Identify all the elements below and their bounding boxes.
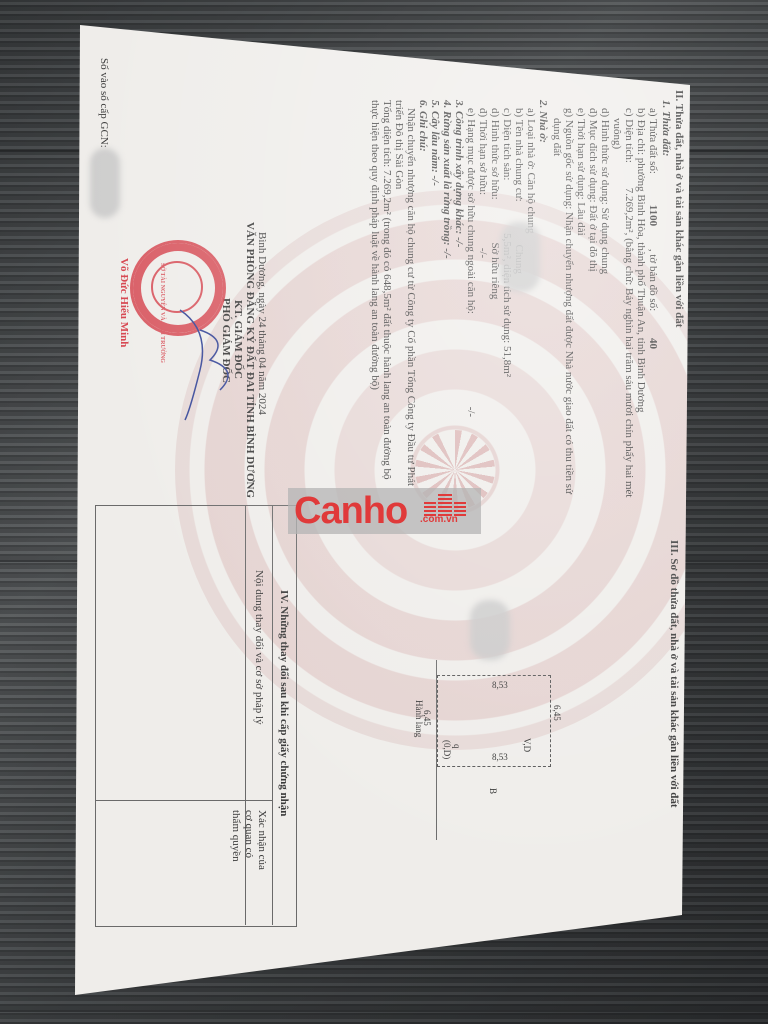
- land-d: d) Hình thức sử dụng: Sử dụng chung: [598, 108, 611, 274]
- item-3: 3. Công trình xây dựng khác: -/-: [452, 100, 465, 247]
- land-e: e) Thời hạn sử dụng: Lâu dài: [574, 108, 587, 236]
- register-label: Số vào sổ cấp GCN:: [97, 58, 110, 148]
- item-5: 5. Cây lâu năm: -/-: [428, 100, 441, 186]
- plan-right: 6,45: [552, 705, 562, 721]
- note-3: Tổng diện tích: 7.269,2m² (trong đó có 6…: [380, 100, 393, 479]
- note-2: triển Đô thị Sài Gòn: [392, 100, 405, 189]
- signer-name: Võ Đức Hiếu Minh: [117, 258, 130, 347]
- plan-bottom: 8,53: [492, 752, 508, 762]
- house-d-label: d) Hình thức sở hữu:: [489, 108, 501, 200]
- land-a: a) Thửa đất số: 1100 , tờ bản đồ số: 40: [646, 108, 659, 349]
- house-heading: 2. Nhà ở:: [536, 100, 549, 143]
- house-dd-label: đ) Thời hạn sở hữu:: [477, 108, 489, 195]
- stamp-inner-ring: [151, 261, 203, 313]
- land-g: g) Nguồn gốc sử dụng: Nhận chuyển nhượng…: [562, 108, 575, 494]
- land-c: c) Diện tích: 7.269,2m², (bằng chữ: Bảy …: [622, 108, 635, 497]
- section-3-title: III. Sơ đồ thửa đất, nhà ở và tài sản kh…: [667, 540, 680, 808]
- redacted-house-name: [500, 222, 540, 292]
- office-name: VĂN PHÒNG ĐĂNG KÝ ĐẤT ĐAI TỈNH BÌNH DƯƠN…: [243, 222, 256, 498]
- house-c-value: 5,5m², diện tích sử dụng: 51,8m²: [501, 233, 513, 377]
- land-a-value: 1100: [647, 205, 659, 226]
- house-dd-value: -/-: [477, 248, 489, 258]
- table-col-1: Nội dung thay đổi và cơ sở pháp lý: [252, 570, 265, 725]
- note-1: Nhận chuyển nhượng căn hộ chung cư từ Cô…: [404, 108, 417, 486]
- building-icon: [438, 492, 452, 516]
- section-4-title: IV. Những thay đổi sau khi cấp giấy chứn…: [277, 590, 290, 816]
- plan-od: (0,D): [442, 740, 452, 759]
- land-heading: 1. Thửa đất:: [659, 100, 672, 156]
- building-icon: [454, 500, 466, 516]
- land-map-value: 40: [647, 338, 659, 349]
- plan-vd: V,D: [522, 738, 532, 752]
- land-b: b) Địa chỉ: phường Bình Hòa, thành phố T…: [634, 108, 647, 412]
- corridor-line: [436, 660, 437, 840]
- signature-icon: [150, 230, 270, 430]
- item-6: 6. Ghi chú:: [416, 100, 429, 152]
- house-c: c) Diện tích sàn: 5,5m², diện tích sử dụ…: [500, 108, 513, 377]
- land-g-cont: dụng đất: [550, 118, 563, 156]
- official-stamp: SỞ TÀI NGUYÊN VÀ MÔI TRƯỜNG: [130, 240, 226, 336]
- watermark-brand: Canho: [294, 490, 407, 533]
- land-c-value: 7.269,2m², (bằng chữ: Bảy nghìn hai trăm…: [623, 188, 635, 498]
- plan-left: 6,45: [422, 710, 432, 726]
- land-a-label: a) Thửa đất số:: [647, 108, 659, 174]
- house-d: d) Hình thức sở hữu: Sở hữu riêng: [488, 108, 501, 299]
- floor-seam: [0, 1010, 768, 1012]
- stamp-text: SỞ TÀI NGUYÊN VÀ MÔI TRƯỜNG: [159, 263, 165, 363]
- building-icon: [424, 502, 436, 516]
- pho-giam-doc: PHÓ GIÁM ĐỐC: [219, 298, 232, 383]
- redacted-register: [90, 148, 120, 218]
- house-e-label: e) Hạng mục được sở hữu chung ngoài căn …: [465, 108, 477, 314]
- land-c-label: c) Diện tích:: [623, 108, 635, 163]
- plan-corridor: Hành lang: [414, 700, 424, 737]
- kt-giam-doc: KT. GIÁM ĐỐC: [231, 300, 244, 379]
- section-2-title: II. Thửa đất, nhà ở và tài sản khác gắn …: [672, 90, 685, 327]
- house-e-value: -/-: [465, 407, 477, 417]
- floor-plan: [437, 675, 551, 767]
- house-e: e) Hạng mục được sở hữu chung ngoài căn …: [464, 108, 477, 417]
- drum-watermark: [175, 190, 735, 750]
- table-divider: [245, 505, 246, 925]
- house-d-value: Sở hữu riêng: [489, 242, 501, 299]
- changes-table: [95, 505, 297, 927]
- land-c-cont: vuông): [610, 118, 623, 149]
- land-dd: đ) Mục đích sử dụng: Đất ở tại đô thị: [586, 108, 599, 272]
- house-b: b) Tên nhà chung cư: Chung: [512, 108, 525, 274]
- table-col-2: Xác nhận của cơ quan có thẩm quyền: [229, 810, 268, 880]
- item-4: 4. Rừng sản xuất là rừng trồng: -/-: [440, 100, 453, 259]
- plan-top: 8,53: [492, 680, 508, 690]
- house-b-value: Chung: [513, 244, 525, 273]
- redacted-plan: [470, 600, 510, 660]
- house-dd: đ) Thời hạn sở hữu: -/-: [476, 108, 489, 258]
- house-b-label: b) Tên nhà chung cư:: [513, 108, 525, 202]
- plan-b: B: [488, 788, 498, 794]
- date-line: Bình Dương, ngày 24 tháng 04 năm 2024: [255, 232, 268, 415]
- land-map-label: , tờ bản đồ số:: [647, 249, 659, 311]
- canho-watermark: Canho .com.vn: [288, 488, 481, 534]
- house-c-label: c) Diện tích sàn:: [501, 108, 513, 180]
- house-a: a) Loại nhà ở: Căn hộ chung: [524, 108, 537, 234]
- note-4: thực hiện theo quy định pháp luật về hàn…: [368, 100, 381, 390]
- table-col-2-label: Xác nhận của cơ quan có thẩm quyền: [230, 810, 268, 870]
- table-divider: [272, 505, 273, 925]
- plan-q: q: [452, 744, 462, 749]
- table-divider: [95, 800, 273, 801]
